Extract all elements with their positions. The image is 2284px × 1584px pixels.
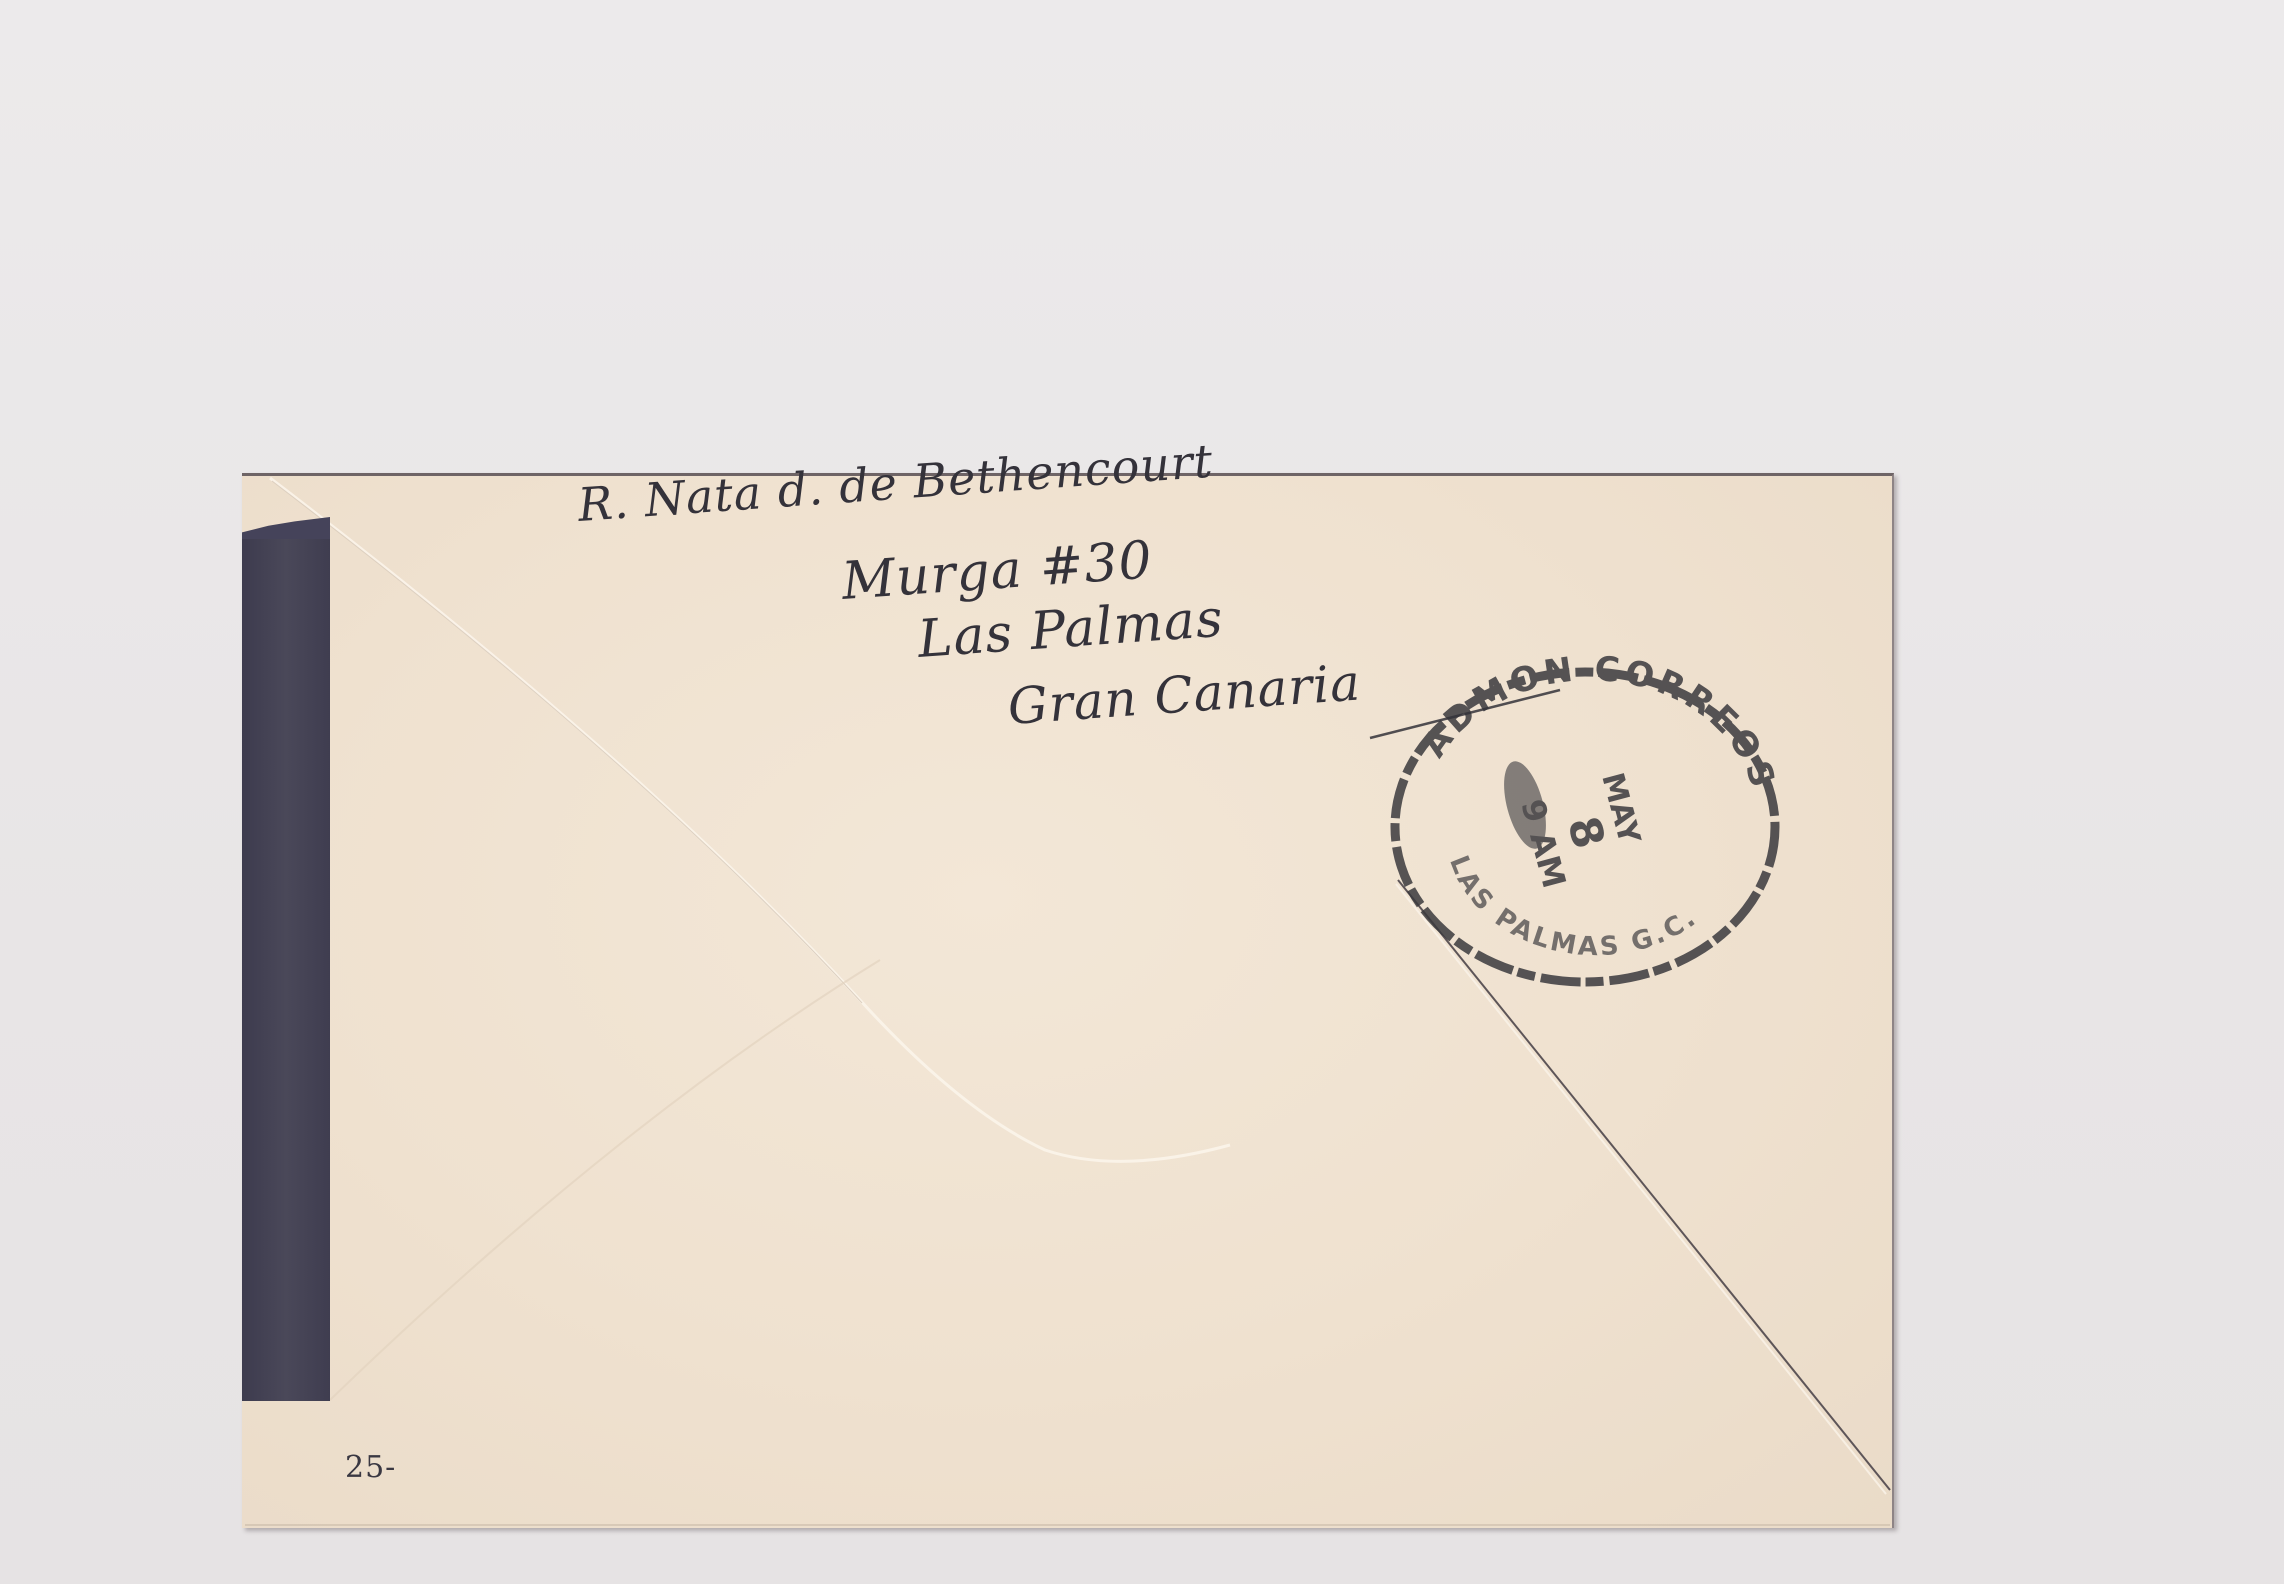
censor-tape — [242, 533, 330, 1401]
svg-text:LAS PALMAS G.C.: LAS PALMAS G.C. — [1443, 852, 1703, 963]
pencil-price-note: 25- — [345, 1450, 396, 1485]
envelope-fold-lines: ADMON CORREOS LAS PALMAS G.C. MAY 8 9 AM — [0, 0, 2284, 1584]
svg-text:8: 8 — [1557, 811, 1614, 854]
svg-text:ADMON CORREOS: ADMON CORREOS — [1414, 649, 1784, 796]
postmark: ADMON CORREOS LAS PALMAS G.C. MAY 8 9 AM — [1395, 649, 1784, 982]
